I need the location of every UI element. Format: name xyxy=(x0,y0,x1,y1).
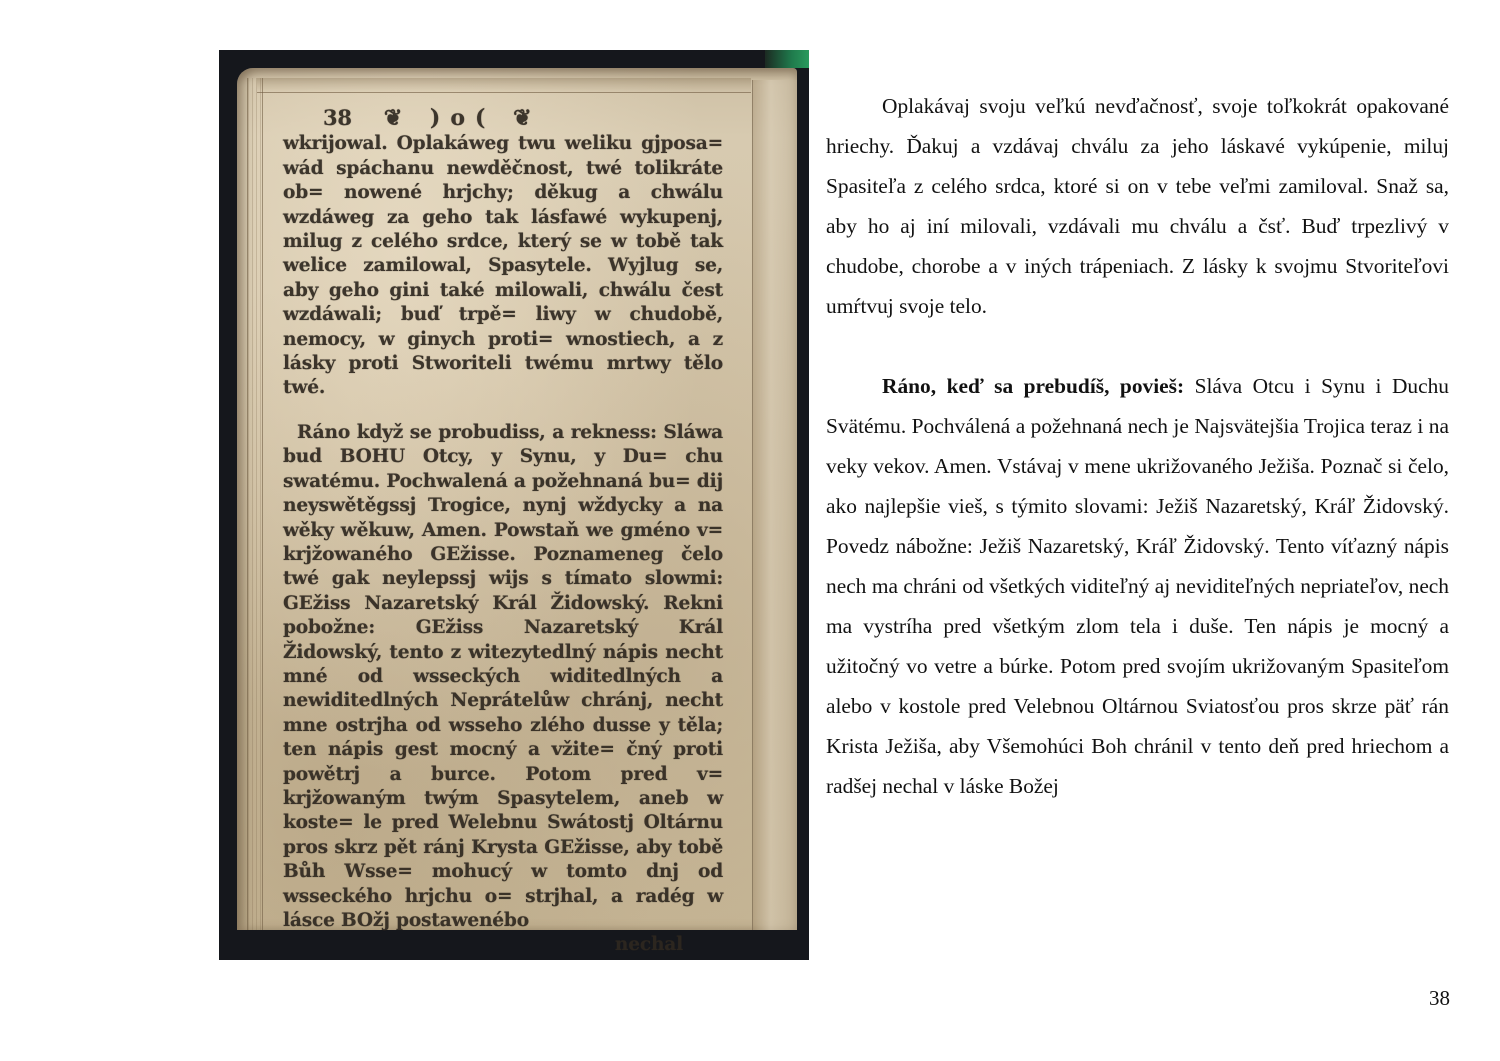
scanned-book-page: 38 ❦ )o( ❦ wkrijowal. Oplakáweg twu weli… xyxy=(219,50,809,960)
scan-catchword: nechal xyxy=(283,933,723,957)
scan-background-corner xyxy=(765,50,809,68)
book-gutter xyxy=(752,80,797,930)
scan-page-number: 38 xyxy=(323,106,352,130)
paragraph-2-heading: Ráno, keď sa prebudíš, povieš: xyxy=(882,374,1184,398)
page-top-edge xyxy=(257,78,751,93)
scan-header: 38 ❦ )o( ❦ xyxy=(283,106,723,130)
paragraph-2-body: Sláva Otcu i Synu i Duchu Svätému. Pochv… xyxy=(826,374,1449,798)
page-stack-edges xyxy=(247,78,263,930)
fraktur-text-block: 38 ❦ )o( ❦ wkrijowal. Oplakáweg twu weli… xyxy=(283,106,723,958)
page-number: 38 xyxy=(1429,986,1450,1011)
translation-text: Oplakávaj svoju veľkú nevďačnosť, svoje … xyxy=(826,86,1449,806)
scan-paragraph-2: Ráno když se probudiss, a rekness: Sláwa… xyxy=(283,421,723,934)
translation-paragraph-2: Ráno, keď sa prebudíš, povieš: Sláva Otc… xyxy=(826,366,1449,806)
ornament-icon: ❦ )o( ❦ xyxy=(384,106,542,130)
translation-paragraph-1: Oplakávaj svoju veľkú nevďačnosť, svoje … xyxy=(826,86,1449,326)
scan-paragraph-1: wkrijowal. Oplakáweg twu weliku gjposa= … xyxy=(283,132,723,400)
